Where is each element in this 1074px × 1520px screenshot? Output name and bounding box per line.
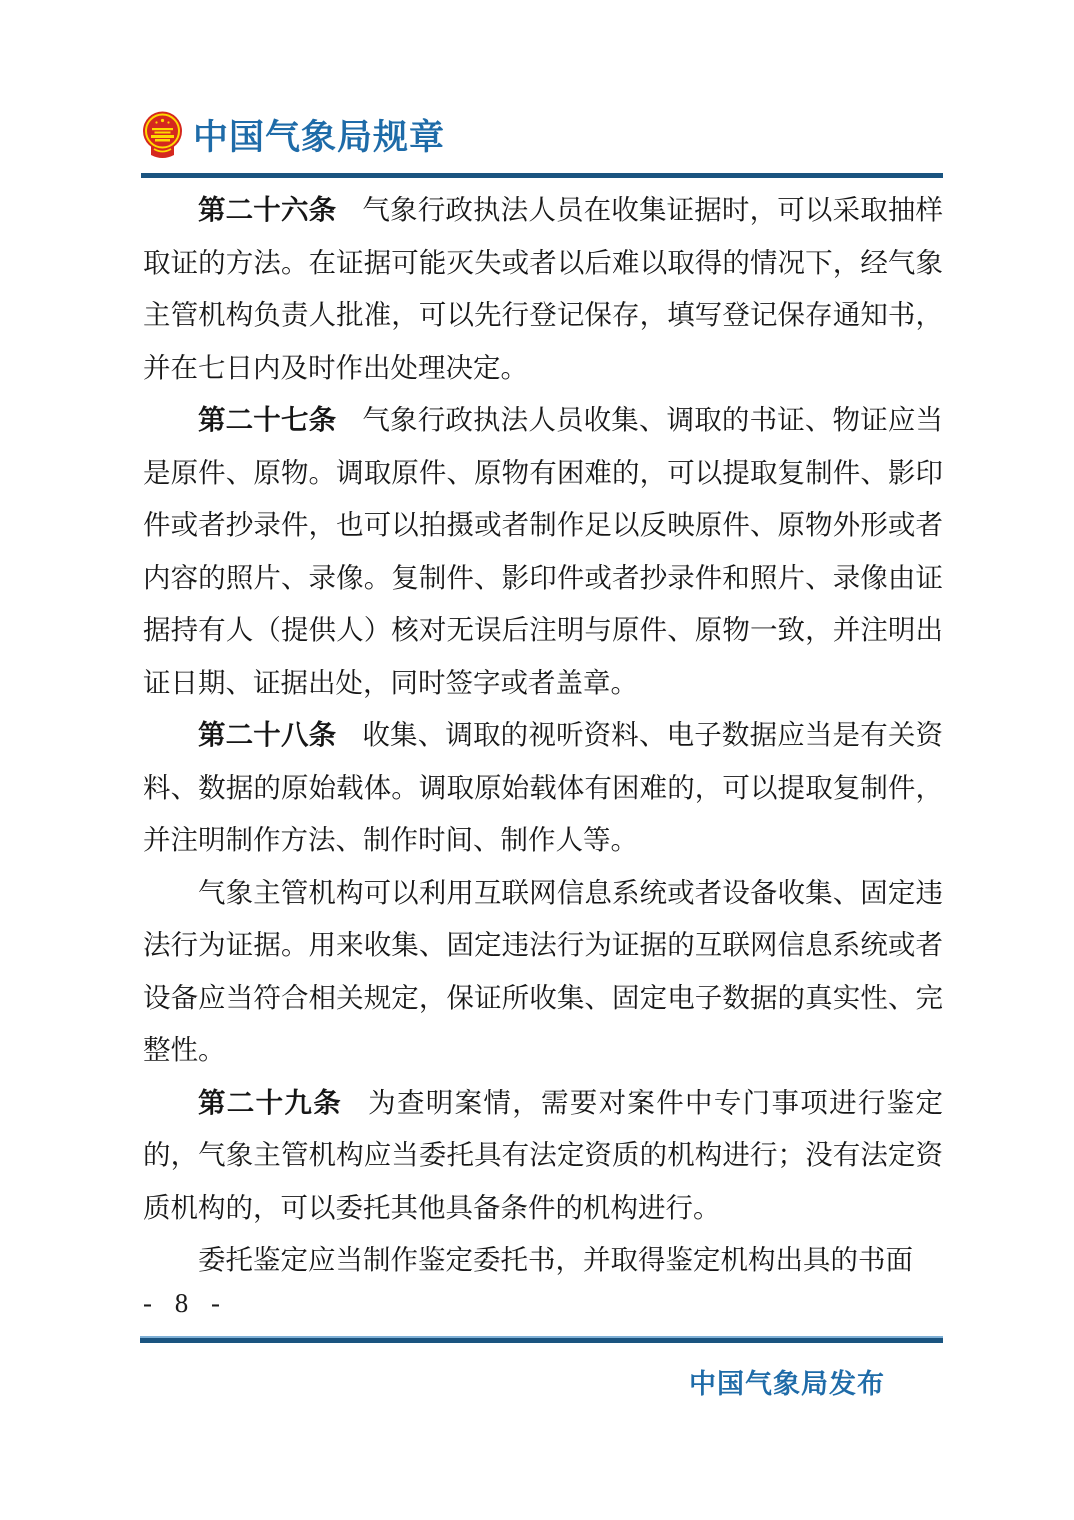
paragraph-text: 委托鉴定应当制作鉴定委托书，并取得鉴定机构出具的书面 [198, 1244, 913, 1275]
paragraph-text: 气象主管机构可以利用互联网信息系统或者设备收集、固定违法行为证据。用来收集、固定… [143, 877, 943, 1066]
paragraph: 第二十九条为查明案情，需要对案件中专门事项进行鉴定的，气象主管机构应当委托具有法… [143, 1077, 943, 1235]
paragraph: 委托鉴定应当制作鉴定委托书，并取得鉴定机构出具的书面 [143, 1234, 943, 1287]
paragraph: 第二十六条气象行政执法人员在收集证据时，可以采取抽样取证的方法。在证据可能灭失或… [143, 184, 943, 394]
article-number-label: 第二十六条 [198, 194, 336, 225]
paragraph-text: 气象行政执法人员收集、调取的书证、物证应当是原件、原物。调取原件、原物有困难的，… [143, 404, 943, 698]
page-header: 中国气象局规章 [141, 108, 943, 162]
page-number: - 8 - [143, 1288, 228, 1319]
paragraph: 气象主管机构可以利用互联网信息系统或者设备收集、固定违法行为证据。用来收集、固定… [143, 867, 943, 1077]
article-number-label: 第二十九条 [198, 1087, 342, 1118]
publisher-label: 中国气象局发布 [143, 1362, 885, 1401]
article-number-label: 第二十七条 [198, 404, 336, 435]
document-body: 第二十六条气象行政执法人员在收集证据时，可以采取抽样取证的方法。在证据可能灭失或… [143, 184, 943, 1287]
header-title: 中国气象局规章 [193, 110, 445, 160]
footer-rule [140, 1336, 943, 1343]
paragraph: 第二十七条气象行政执法人员收集、调取的书证、物证应当是原件、原物。调取原件、原物… [143, 394, 943, 709]
paragraph: 第二十八条收集、调取的视听资料、电子数据应当是有关资料、数据的原始载体。调取原始… [143, 709, 943, 867]
document-page: 中国气象局规章 第二十六条气象行政执法人员在收集证据时，可以采取抽样取证的方法。… [0, 0, 1074, 1520]
national-emblem-icon [141, 111, 184, 159]
article-number-label: 第二十八条 [198, 719, 336, 750]
header-rule [141, 173, 943, 178]
